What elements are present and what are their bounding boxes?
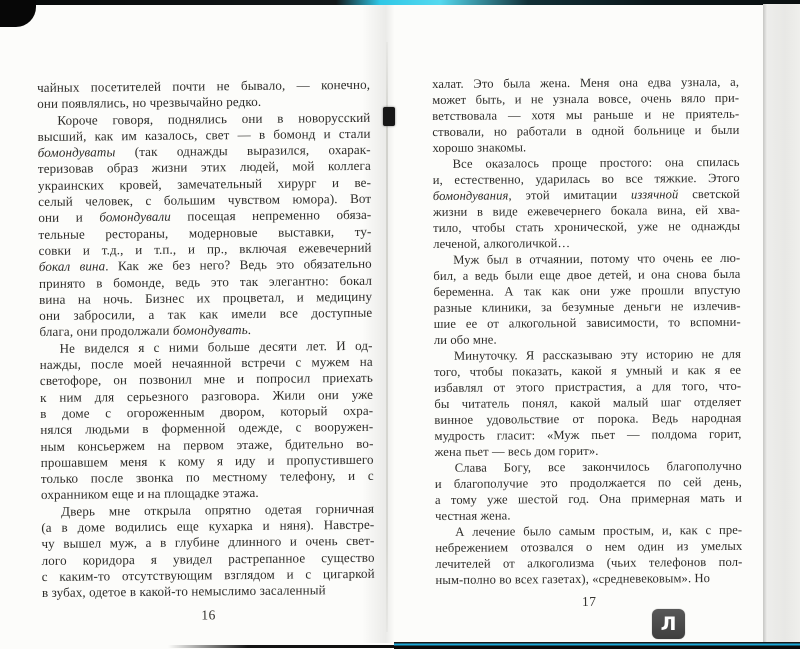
left-page: чайных посетителей почти не бывало, — ко… bbox=[37, 77, 375, 625]
photo-bottom-edge-right bbox=[394, 642, 800, 649]
text-line: а тому уже шестой год. Она примерная мат… bbox=[435, 490, 742, 508]
paragraph: Слава Богу, все закончилось благополучно… bbox=[435, 458, 742, 524]
left-page-body: чайных посетителей почти не бывало, — ко… bbox=[37, 77, 375, 602]
photo-corner-shadow bbox=[0, 0, 36, 27]
text-line: ным-полно во всех газетах), «средневеков… bbox=[435, 570, 742, 588]
right-page: халат. Это была жена. Меня она едва узна… bbox=[432, 74, 743, 611]
paragraph: А лечение было самым простым, и, как с п… bbox=[435, 522, 742, 588]
photo-bottom-edge-left bbox=[168, 645, 396, 648]
paragraph: Минуточку. Я рассказываю эту историю не … bbox=[434, 346, 742, 460]
text-line: тило, чтобы стать хронической, уже не од… bbox=[433, 218, 740, 236]
page-number-right: 17 bbox=[436, 593, 743, 611]
page-fore-edge bbox=[763, 4, 800, 643]
right-page-body: халат. Это была жена. Меня она едва узна… bbox=[432, 74, 743, 588]
paragraph: халат. Это была жена. Меня она едва узна… bbox=[432, 74, 740, 156]
paragraph: Муж был в отчаянии, потому что очень ее … bbox=[433, 250, 741, 348]
text-line: ствовали, но работали в одной больнице и… bbox=[432, 122, 739, 140]
text-line: мудрость гласит: «Муж пьет — полдома гор… bbox=[434, 426, 741, 444]
paragraph: Все оказалось проще простого: она спилас… bbox=[433, 154, 741, 252]
labirint-logo: Л bbox=[652, 609, 685, 639]
book-spine-crease bbox=[386, 42, 388, 632]
paragraph: чайных посетителей почти не бывало, — ко… bbox=[37, 77, 370, 113]
book-photo: чайных посетителей почти не бывало, — ко… bbox=[0, 0, 800, 649]
page-number-left: 16 bbox=[42, 605, 375, 624]
paragraph: Короче говоря, поднялись они в новорусск… bbox=[37, 109, 372, 340]
paragraph: Не виделся я с ними больше десяти лет. И… bbox=[40, 338, 375, 504]
gutter-bookmark-mark bbox=[383, 107, 395, 126]
text-line: шие ее от алкогольной зависимости, то вс… bbox=[434, 314, 741, 332]
paragraph: Дверь мне открыла опрятно одетая горничн… bbox=[41, 501, 375, 602]
text-line: в зубах, одетое в какой-то немыслимо зас… bbox=[42, 582, 375, 601]
